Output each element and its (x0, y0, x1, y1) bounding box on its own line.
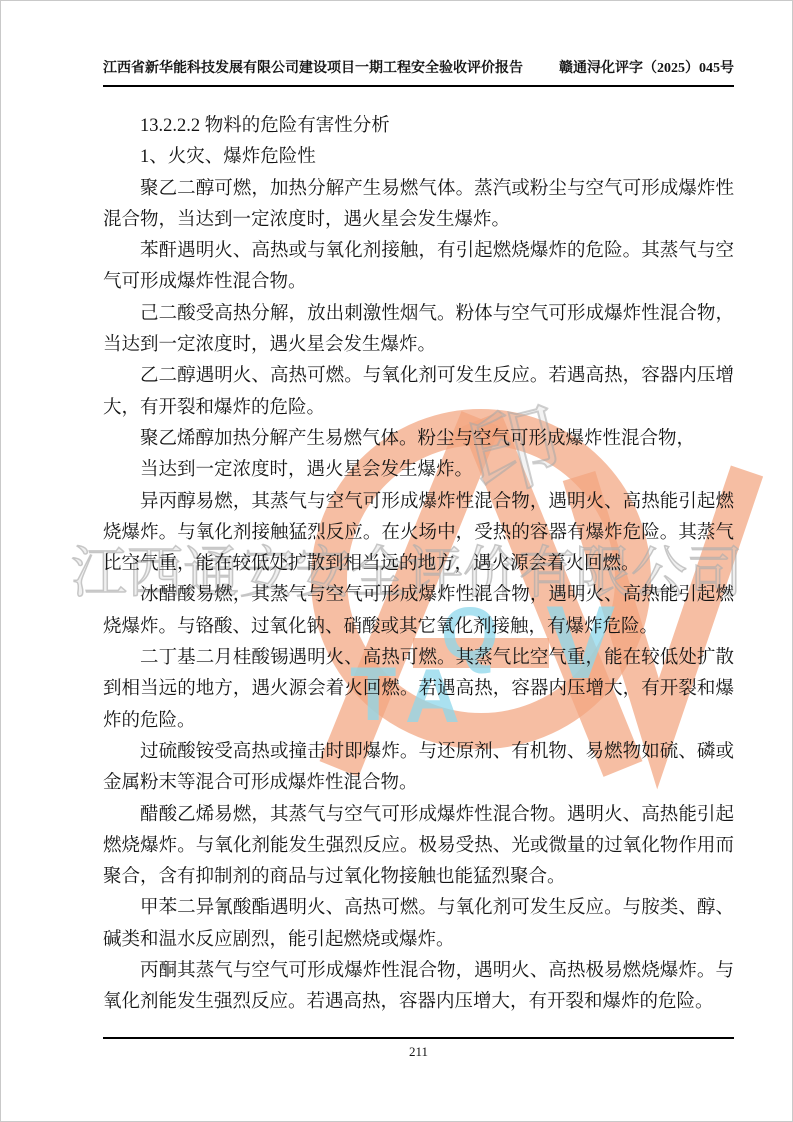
page-header: 江西省新华能科技发展有限公司建设项目一期工程安全验收评价报告 赣通浔化评字（20… (103, 57, 734, 77)
body-content: 13.2.2.2 物料的危险有害性分析1、火灾、爆炸危险性聚乙二醇可燃，加热分解… (103, 111, 734, 1019)
paragraph: 己二酸受高热分解，放出刺激性烟气。粉体与空气可形成爆炸性混合物，当达到一定浓度时… (103, 299, 734, 362)
paragraph: 甲苯二异氰酸酯遇明火、高热可燃。与氧化剂可发生反应。与胺类、醇、碱类和温水反应剧… (103, 893, 734, 956)
page-number: 211 (103, 1044, 734, 1060)
paragraph: 聚乙二醇可燃，加热分解产生易燃气体。蒸汽或粉尘与空气可形成爆炸性混合物，当达到一… (103, 174, 734, 237)
paragraph: 二丁基二月桂酸锡遇明火、高热可燃。其蒸气比空气重，能在较低处扩散到相当远的地方，… (103, 643, 734, 737)
section-heading: 13.2.2.2 物料的危险有害性分析 (103, 111, 734, 142)
document-page: 江西通安安全评价有限公司 印 Q V T A 江西省新华能科技发展有限公司建设项… (0, 0, 793, 1122)
paragraph: 聚乙烯醇加热分解产生易燃气体。粉尘与空气可形成爆炸性混合物， (103, 424, 734, 455)
paragraph: 乙二醇遇明火、高热可燃。与氧化剂可发生反应。若遇高热，容器内压增大，有开裂和爆炸… (103, 361, 734, 424)
paragraph: 冰醋酸易燃，其蒸气与空气可形成爆炸性混合物，遇明火、高热能引起燃烧爆炸。与铬酸、… (103, 580, 734, 643)
list-heading: 1、火灾、爆炸危险性 (103, 142, 734, 173)
paragraph: 醋酸乙烯易燃，其蒸气与空气可形成爆炸性混合物。遇明火、高热能引起燃烧爆炸。与氧化… (103, 800, 734, 894)
header-right-doc-number: 赣通浔化评字（2025）045号 (559, 57, 734, 77)
header-rule (103, 85, 734, 87)
header-left-title: 江西省新华能科技发展有限公司建设项目一期工程安全验收评价报告 (103, 57, 523, 77)
paragraph: 苯酐遇明火、高热或与氧化剂接触，有引起燃烧爆炸的危险。其蒸气与空气可形成爆炸性混… (103, 236, 734, 299)
paragraph: 丙酮其蒸气与空气可形成爆炸性混合物，遇明火、高热极易燃烧爆炸。与氧化剂能发生强烈… (103, 956, 734, 1019)
paragraph: 异丙醇易燃，其蒸气与空气可形成爆炸性混合物，遇明火、高热能引起燃烧爆炸。与氧化剂… (103, 487, 734, 581)
paragraph-continuation: 当达到一定浓度时，遇火星会发生爆炸。 (103, 455, 734, 486)
paragraph: 过硫酸铵受高热或撞击时即爆炸。与还原剂、有机物、易燃物如硫、磷或金属粉末等混合可… (103, 737, 734, 800)
footer-rule (103, 1037, 734, 1039)
